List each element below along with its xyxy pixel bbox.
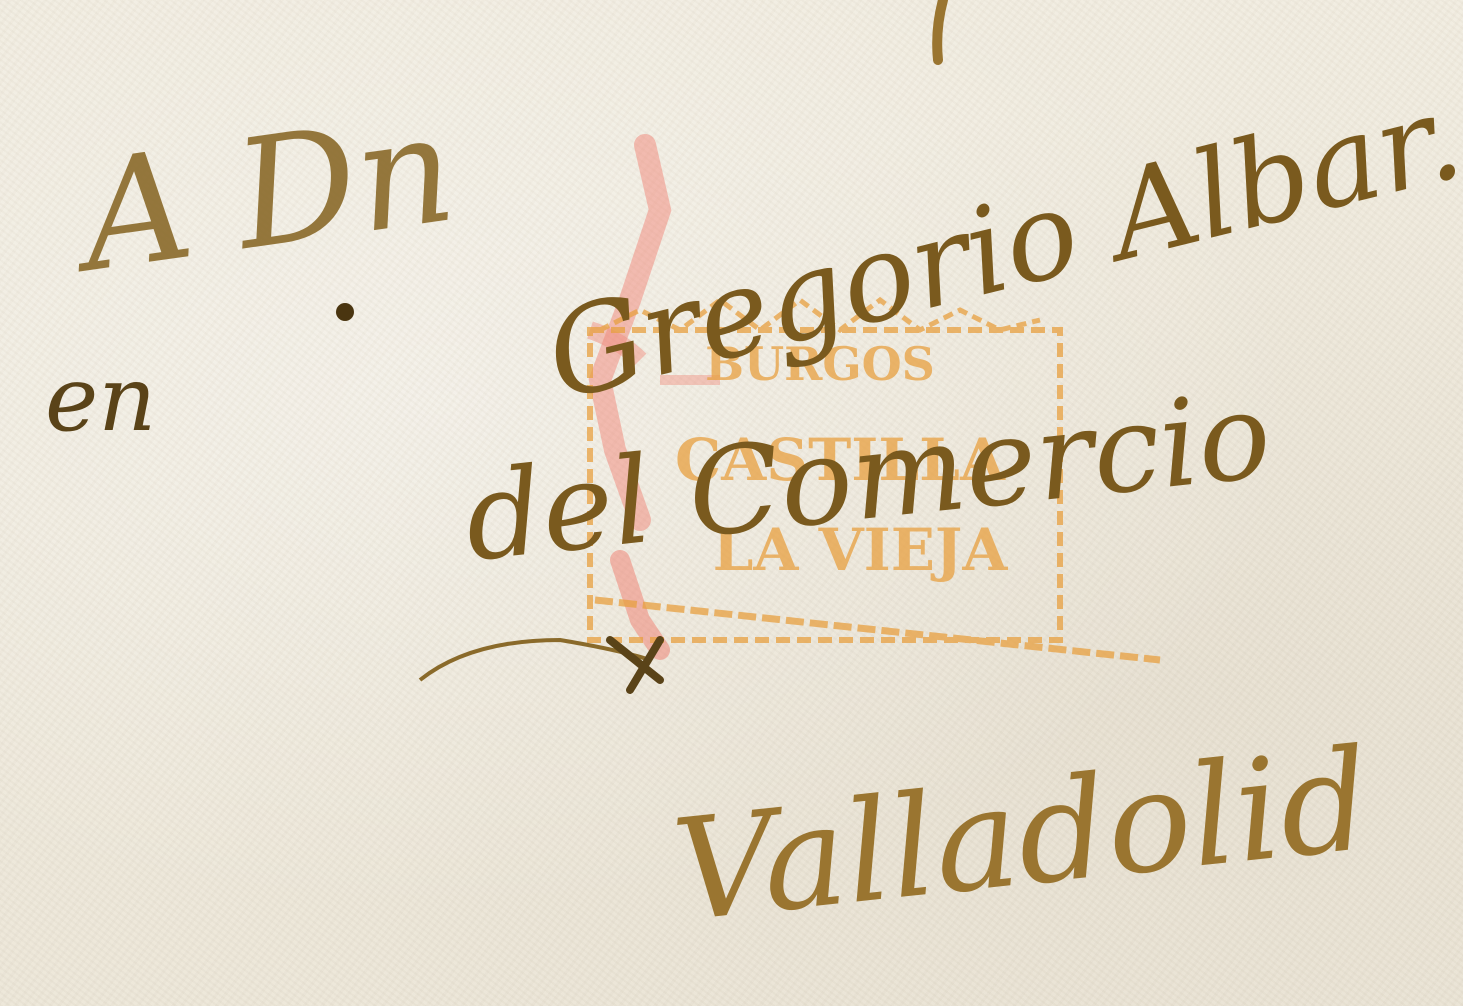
- address-prefix-en: en: [45, 347, 156, 452]
- address-line-2: Gregorio Albar.: [533, 67, 1463, 428]
- handwritten-address: A Dn Gregorio Albar. en del Comercio Val…: [45, 0, 1463, 954]
- ink-dot: [336, 303, 354, 321]
- x-mark: [610, 640, 660, 690]
- top-ink-stroke: [937, 0, 943, 60]
- address-line-4: Valladolid: [667, 719, 1378, 954]
- address-line-1: A Dn: [59, 81, 464, 307]
- letter-artwork: BURGOS CASTILLA LA VIEJA A Dn Gregorio A…: [0, 0, 1463, 1006]
